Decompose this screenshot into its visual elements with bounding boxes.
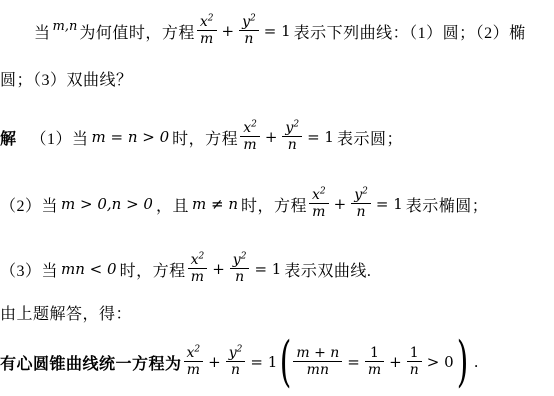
greater-than-zero: > 0	[427, 353, 454, 371]
math-vars-mn: m,n	[53, 19, 78, 34]
numerator-x2: x2	[309, 187, 329, 203]
fraction-sum-over-product: m + nmn	[293, 345, 342, 380]
problem-text: 当	[34, 20, 51, 43]
var-n: n	[282, 136, 302, 155]
var-n: n	[239, 30, 259, 49]
var-n: n	[226, 361, 246, 380]
fraction-y2-over-n: y2n	[282, 120, 302, 155]
math-document: { "page": { "background": "#ffffff", "te…	[0, 0, 554, 396]
exponent-2: 2	[362, 186, 368, 196]
exponent-2: 2	[241, 251, 247, 261]
plus-sign: +	[208, 353, 221, 371]
var-x: x	[243, 120, 251, 136]
var-y: y	[242, 14, 250, 30]
var-y: y	[229, 345, 237, 361]
numerator-m-plus-n: m + n	[293, 345, 342, 361]
fraction-y2-over-n: y2n	[239, 14, 259, 49]
equals-sign: =	[347, 353, 360, 371]
numerator-x2: x2	[188, 252, 208, 268]
exponent-2: 2	[320, 186, 326, 196]
equals-one: = 1	[264, 22, 291, 40]
conclusion-equation-line: 有心圆锥曲线统一方程为 x2m + y2n = 1 ( m + nmn = 1m…	[0, 330, 554, 394]
var-m: m	[188, 268, 208, 287]
numerator-x2: x2	[197, 14, 217, 30]
conclusion-intro-line: 由上题解答，得：	[0, 296, 554, 328]
solution-line-2: （2）当 m > 0,n > 0 ，且 m ≠ n 时，方程 x2m + y2n…	[0, 176, 554, 232]
condition-mn-negative: mn < 0	[61, 260, 117, 278]
fraction-y2-over-n: y2n	[351, 187, 371, 222]
solution-line-3: （3）当 mn < 0 时，方程 x2m + y2n = 1 表示双曲线.	[0, 240, 554, 298]
exponent-2: 2	[198, 251, 204, 261]
numerator-y2: y2	[239, 14, 259, 30]
var-m: m	[184, 361, 204, 380]
problem-text: 表示下列曲线：（1）圆；（2）椭	[294, 20, 526, 43]
fraction-x2-over-m: x2m	[309, 187, 329, 222]
plus-sign: +	[265, 128, 278, 146]
numerator-y2: y2	[226, 345, 246, 361]
condition-m-not-equal-n: m ≠ n	[192, 195, 238, 213]
problem-text: 圆；（3）双曲线？	[0, 67, 133, 90]
equals-one: = 1	[376, 195, 403, 213]
numerator-x2: x2	[184, 345, 204, 361]
fraction-x2-over-m: x2m	[184, 345, 204, 380]
exponent-2: 2	[237, 344, 243, 354]
numerator-y2: y2	[282, 120, 302, 136]
solve-label: 解	[0, 126, 17, 149]
var-y: y	[354, 187, 362, 203]
solution-text: 时，方程	[241, 193, 307, 216]
exponent-2: 2	[194, 344, 200, 354]
exponent-2: 2	[293, 119, 299, 129]
condition-m-equals-n: m = n > 0	[92, 128, 170, 146]
var-m: m	[197, 30, 217, 49]
plus-sign: +	[222, 22, 235, 40]
var-n: n	[351, 203, 371, 222]
numerator-1: 1	[367, 345, 382, 361]
exponent-2: 2	[208, 13, 214, 23]
numerator-x2: x2	[240, 120, 260, 136]
solution-text: 表示圆；	[337, 126, 403, 149]
conclusion-text: 由上题解答，得：	[0, 301, 132, 324]
var-m: m	[309, 203, 329, 222]
exponent-2: 2	[251, 119, 257, 129]
conclusion-label: 有心圆锥曲线统一方程为	[0, 351, 182, 374]
problem-line-2: 圆；（3）双曲线？	[0, 62, 554, 94]
solution-text: ，且	[156, 193, 189, 216]
exponent-2: 2	[250, 13, 256, 23]
equals-one: = 1	[254, 260, 281, 278]
var-m: m	[240, 136, 260, 155]
fraction-x2-over-m: x2m	[197, 14, 217, 49]
solution-text: （1）当	[31, 126, 89, 149]
plus-sign: +	[389, 353, 402, 371]
fraction-1-over-m: 1m	[365, 345, 384, 380]
fraction-y2-over-n: y2n	[226, 345, 246, 380]
solution-line-1: 解 （1）当 m = n > 0 时，方程 x2m + y2n = 1 表示圆；	[0, 108, 554, 166]
equals-one: = 1	[250, 353, 277, 371]
fraction-1-over-n: 1n	[407, 345, 422, 380]
var-m: m	[365, 361, 384, 380]
plus-sign: +	[212, 260, 225, 278]
fraction-x2-over-m: x2m	[240, 120, 260, 155]
var-y: y	[233, 252, 241, 268]
problem-line-1: 当 m,n 为何值时，方程 x2m + y2n = 1 表示下列曲线：（1）圆；…	[0, 4, 554, 58]
problem-text: 为何值时，方程	[79, 20, 195, 43]
condition-m-n-positive: m > 0,n > 0	[61, 195, 153, 213]
numerator-y2: y2	[230, 252, 250, 268]
solution-text: 表示椭圆；	[406, 193, 489, 216]
solution-text: （2）当	[0, 193, 58, 216]
numerator-1: 1	[407, 345, 422, 361]
var-x: x	[312, 187, 320, 203]
solution-text: 时，方程	[172, 126, 238, 149]
solution-text: 表示双曲线.	[284, 258, 371, 281]
denominator-mn: mn	[293, 361, 342, 380]
solution-text: （3）当	[0, 258, 58, 281]
fraction-x2-over-m: x2m	[188, 252, 208, 287]
fraction-y2-over-n: y2n	[230, 252, 250, 287]
plus-sign: +	[334, 195, 347, 213]
var-n: n	[230, 268, 250, 287]
numerator-y2: y2	[351, 187, 371, 203]
var-n: n	[407, 361, 422, 380]
solution-text: 时，方程	[120, 258, 186, 281]
equals-one: = 1	[307, 128, 334, 146]
period: .	[474, 353, 479, 371]
var-x: x	[200, 14, 208, 30]
